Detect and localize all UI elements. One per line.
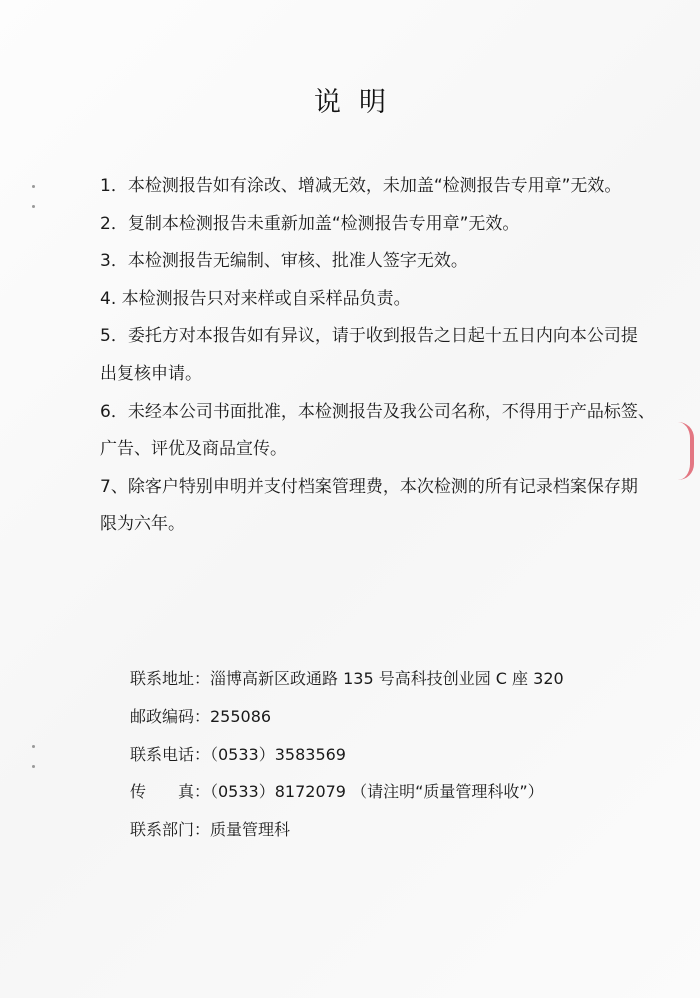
binding-mark [32, 765, 35, 768]
notice-item-6-cont: 广告、评优及商品宣传。 [100, 431, 640, 467]
notice-item-1: 1．本检测报告如有涂改、增减无效，未加盖“检测报告专用章”无效。 [100, 168, 640, 204]
document-page: 说明 1．本检测报告如有涂改、增减无效，未加盖“检测报告专用章”无效。 2．复制… [0, 0, 700, 998]
notice-item-5: 5．委托方对本报告如有异议，请于收到报告之日起十五日内向本公司提 [100, 318, 660, 354]
binding-mark [32, 185, 35, 188]
notice-item-7-cont: 限为六年。 [100, 506, 640, 542]
contact-address: 联系地址：淄博高新区政通路 135 号高科技创业园 C 座 320 [130, 666, 564, 689]
contact-postcode: 邮政编码：255086 [130, 704, 271, 727]
contact-department: 联系部门：质量管理科 [130, 817, 290, 840]
notice-item-6: 6．未经本公司书面批准，本检测报告及我公司名称，不得用于产品标签、 [100, 394, 660, 430]
notice-item-3: 3．本检测报告无编制、审核、批准人签字无效。 [100, 243, 640, 279]
notice-item-5-cont: 出复核申请。 [100, 356, 640, 392]
notice-item-4: 4. 本检测报告只对来样或自采样品负责。 [100, 281, 640, 317]
page-title: 说明 [0, 80, 700, 119]
contact-fax: 传 真：（0533）8172079 （请注明“质量管理科收”） [130, 779, 544, 802]
binding-mark [32, 205, 35, 208]
contact-phone: 联系电话：（0533）3583569 [130, 742, 346, 765]
notice-item-7: 7、除客户特别申明并支付档案管理费，本次检测的所有记录档案保存期 [100, 469, 660, 505]
notice-item-2: 2．复制本检测报告未重新加盖“检测报告专用章”无效。 [100, 206, 640, 242]
binding-mark [32, 745, 35, 748]
seal-stamp-edge [678, 422, 694, 480]
